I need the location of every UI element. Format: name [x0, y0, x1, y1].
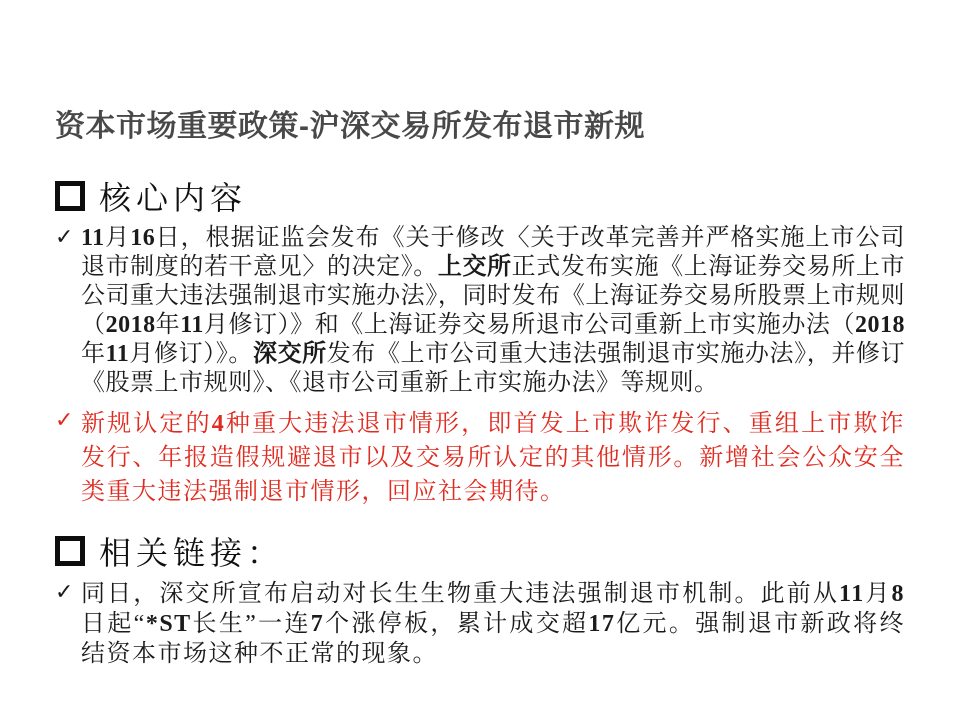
slide-title: 资本市场重要政策-沪深交易所发布退市新规	[55, 0, 905, 148]
bullet-text-red: 新规认定的4种重大违法退市情形，即首发上市欺诈发行、重组上市欺诈发行、年报造假规…	[81, 407, 905, 509]
presentation-slide: 资本市场重要政策-沪深交易所发布退市新规 核心内容 ✓ 11月16日，根据证监会…	[0, 0, 960, 720]
check-icon: ✓	[55, 223, 81, 252]
check-icon: ✓	[55, 578, 81, 607]
bullet-item-related-news: ✓ 同日，深交所宣布启动对长生生物重大违法强制退市机制。此前从11月8日起“*S…	[55, 579, 905, 669]
section-heading-core-content: 核心内容	[55, 178, 905, 218]
section-heading-label: 相关链接：	[99, 533, 284, 573]
bullet-item-new-rule-highlight: ✓ 新规认定的4种重大违法退市情形，即首发上市欺诈发行、重组上市欺诈发行、年报造…	[55, 407, 905, 509]
section-heading-related-links: 相关链接：	[55, 533, 905, 573]
bullet-text: 11月16日，根据证监会发布《关于修改〈关于改革完善并严格实施上市公司退市制度的…	[81, 224, 905, 398]
bullet-text: 同日，深交所宣布启动对长生生物重大违法强制退市机制。此前从11月8日起“*ST长…	[81, 579, 905, 669]
bullet-item-policy-detail: ✓ 11月16日，根据证监会发布《关于修改〈关于改革完善并严格实施上市公司退市制…	[55, 224, 905, 398]
slide-content: 资本市场重要政策-沪深交易所发布退市新规 核心内容 ✓ 11月16日，根据证监会…	[0, 0, 960, 669]
section-heading-label: 核心内容	[99, 178, 247, 218]
square-bullet-icon	[55, 181, 85, 211]
check-icon: ✓	[55, 406, 81, 435]
square-bullet-icon	[55, 536, 85, 566]
